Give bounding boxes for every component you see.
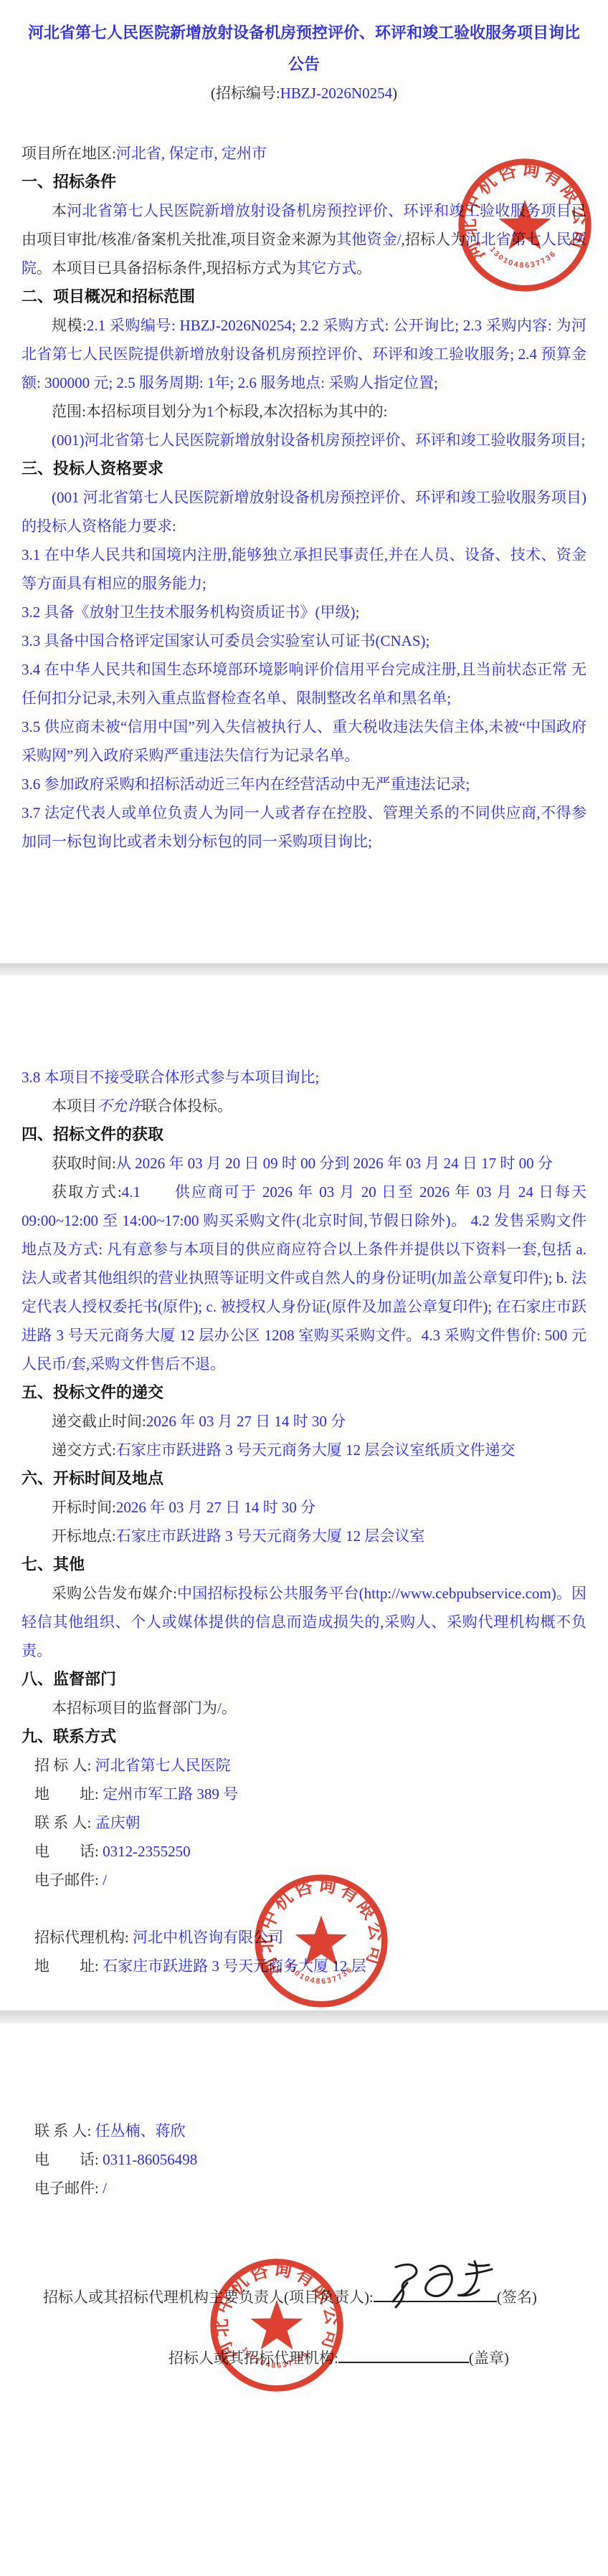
sec1-text: ,招标人为 [402,231,466,248]
qualification-item-3-8: 3.8 本项目不接受联合体形式参与本项目询比; [22,1063,586,1092]
qualification-item-3-5: 3.5 供应商未被“信用中国”列入失信被执行人、重大税收违法失信主体,未被“中国… [22,712,586,770]
announcement-media-paragraph: 采购公告发布媒介:中国招标投标公共服务平台(http://www.cebpubs… [22,1579,586,1665]
document-page-3: 联 系 人: 任丛楠、蒋欣 电 话: 0311-86056498 电子邮件: /… [0,2023,608,2576]
submit-deadline-value: 2026 年 03 月 27 日 14 时 30 分 [146,1413,346,1430]
document-page-1: 河北省第七人民医院新增放射设备机房预控评价、环评和竣工验收服务项目询比 公告 (… [0,0,608,963]
qualification-item-3-4: 3.4 在中华人民共和国生态环境部环境影响评价信用平台完成注册,且当前状态正常 … [22,655,586,712]
lot-001-line: (001)河北省第七人民医院新增放射设备机房预控评价、环评和竣工验收服务项目; [22,426,586,454]
tenderer-email-label: 电子邮件: [34,1871,99,1889]
qualification-item-3-1: 3.1 在中华人民共和国境内注册,能够独立承担民事责任,并在人员、设备、技术、资… [22,540,586,598]
page-title-line-1: 河北省第七人民医院新增放射设备机房预控评价、环评和竣工验收服务项目询比 [22,17,586,49]
tenderer-contact-value: 孟庆朝 [95,1814,141,1831]
section-3-heading: 三、投标人资格要求 [22,454,586,483]
tenderer-address-value: 定州市军工路 389 号 [103,1785,238,1803]
jv-text: 联合体投标。 [142,1097,232,1115]
agency-name-row: 招标代理机构: 河北中机咨询有限公司 [22,1923,586,1952]
agency-address-value: 石家庄市跃进路 3 号天元商务大厦 12 层 [103,1957,366,1975]
tender-ref-suffix: ) [392,85,397,102]
tenderer-email-row: 电子邮件: / [22,1866,586,1894]
sec1-text: 本 [52,202,67,219]
obtain-method-label: 获取方式: [52,1183,122,1201]
section-1-heading: 一、招标条件 [22,168,586,196]
seal-suffix: (盖章) [469,2350,509,2367]
section-6-heading: 六、开标时间及地点 [22,1464,586,1493]
agency-email-row: 电子邮件: / [22,2174,586,2203]
tenderer-name-value: 河北省第七人民医院 [95,1757,231,1774]
page-separator [0,2010,608,2023]
section-2-range-paragraph: 范围:本招标项目划分为1个标段,本次招标为其中的: [22,397,586,426]
obtain-time-row: 获取时间:从 2026 年 03 月 20 日 09 时 00 分到 2026 … [22,1149,586,1178]
tenderer-contact-label: 联 系 人: [34,1814,91,1831]
leader-signature-row: 招标人或其招标代理机构主要负责人(项目负责人):(签名) [22,2283,586,2312]
leader-signature-label: 招标人或其招标代理机构主要负责人(项目负责人): [43,2289,374,2306]
tenderer-contact-row: 联 系 人: 孟庆朝 [22,1808,586,1837]
opening-time-label: 开标时间: [52,1499,116,1516]
page-title-line-2: 公告 [22,49,586,80]
org-seal-label: 招标人或其招标代理机构: [168,2350,338,2367]
obtain-time-label: 获取时间: [52,1155,116,1172]
tenderer-phone-row: 电 话: 0312-2355250 [22,1837,586,1866]
signature-suffix: (签名) [497,2289,537,2306]
opening-place-label: 开标地点: [52,1527,116,1545]
qualification-item-3-3: 3.3 具备中国合格评定国家认可委员会实验室认可证书(CNAS); [22,626,586,655]
agency-phone-row: 电 话: 0311-86056498 [22,2145,586,2174]
agency-contact-label: 联 系 人: [34,2122,91,2139]
section-1-paragraph: 本河北省第七人民医院新增放射设备机房预控评价、环评和竣工验收服务项目已由项目审批… [22,196,586,282]
qualification-item-3-2: 3.2 具备《放射卫生技术服务机构资质证书》(甲级); [22,598,586,626]
section-2-heading: 二、项目概况和招标范围 [22,282,586,311]
opening-place-row: 开标地点:石家庄市跃进路 3 号天元商务大厦 12 层会议室 [22,1522,586,1550]
sec1-project-name: 河北省第七人民医院新增放射设备机房预控评价、环评和竣工验收服务项目 [67,202,571,219]
agency-address-label: 地 址: [34,1957,99,1975]
sec1-text: 。 [356,259,371,277]
jv-not-allowed: 不允许 [97,1097,142,1115]
obtain-method-paragraph: 获取方式:4.1 供应商可于 2026 年 03 月 20 日至 2026 年 … [22,1178,586,1378]
qualification-item-3-7: 3.7 法定代表人或单位负责人为同一人或者存在控股、管理关系的不同供应商,不得参… [22,798,586,856]
org-seal-row: 招标人或其招标代理机构:(盖章) [168,2344,586,2372]
supervision-text: 本招标项目的监督部门为 [52,1699,217,1717]
section-2-scale-paragraph: 规模:2.1 采购编号: HBZJ-2026N0254; 2.2 采购方式: 公… [22,311,586,397]
seal-underline [338,2349,469,2363]
sec1-text: 。本项目已具备招标条件,现招标方式为 [37,259,296,277]
tender-reference-line: (招标编号:HBZJ-2026N0254) [22,80,586,106]
opening-time-value: 2026 年 03 月 27 日 14 时 30 分 [116,1499,315,1516]
signature-underline [374,2288,497,2302]
obtain-time-value: 从 2026 年 03 月 20 日 09 时 00 分到 2026 年 03 … [116,1155,553,1172]
section-5-heading: 五、投标文件的递交 [22,1378,586,1407]
tenderer-address-label: 地 址: [34,1785,99,1803]
opening-place-value: 石家庄市跃进路 3 号天元商务大厦 12 层会议室 [116,1527,425,1545]
submit-method-row: 递交方式:石家庄市跃进路 3 号天元商务大厦 12 层会议室纸质文件递交 [22,1436,586,1464]
media-label: 采购公告发布媒介: [52,1585,177,1602]
tender-ref-prefix: (招标编号: [211,85,280,102]
page-separator [0,963,608,975]
tenderer-address-row: 地 址: 定州市军工路 389 号 [22,1780,586,1808]
agency-email-label: 电子邮件: [34,2180,99,2197]
document-page-2: 3.8 本项目不接受联合体形式参与本项目询比; 本项目不允许联合体投标。 四、招… [0,975,608,2010]
jv-text: 本项目 [52,1097,97,1115]
section-4-heading: 四、招标文件的获取 [22,1120,586,1149]
agency-email-value: / [103,2180,107,2197]
scale-label: 规模: [52,317,87,334]
project-region-value: 河北省, 保定市, 定州市 [116,145,267,162]
submit-deadline-label: 递交截止时间: [52,1413,146,1430]
project-region-row: 项目所在地区:河北省, 保定市, 定州市 [22,139,586,168]
section-9-heading: 九、联系方式 [22,1722,586,1751]
range-text: 本招标项目划分为 [86,403,206,420]
tenderer-phone-value: 0312-2355250 [103,1843,191,1860]
lot-count: 1 [206,403,214,420]
sec1-fund-source: 其他资金/ [336,231,401,248]
tenderer-name-row: 招 标 人: 河北省第七人民医院 [22,1751,586,1780]
tenderer-phone-label: 电 话: [34,1843,99,1860]
submit-method-value: 石家庄市跃进路 3 号天元商务大厦 12 层会议室纸质文件递交 [116,1441,516,1459]
supervision-row: 本招标项目的监督部门为/。 [22,1694,586,1722]
agency-name-value: 河北中机咨询有限公司 [133,1929,283,1946]
range-label: 范围: [52,403,86,420]
agency-phone-label: 电 话: [34,2151,99,2168]
agency-phone-value: 0311-86056498 [103,2151,197,2168]
agency-address-row: 地 址: 石家庄市跃进路 3 号天元商务大厦 12 层 [22,1952,586,1980]
title-block: 河北省第七人民医院新增放射设备机房预控评价、环评和竣工验收服务项目询比 公告 (… [22,0,586,106]
company-seal-stamp: 河北中机咨询有限公司1301048637736 [208,2256,346,2394]
range-text: 个标段,本次招标为其中的: [214,403,387,420]
project-region-label: 项目所在地区: [22,145,116,162]
qualification-item-3-6: 3.6 参加政府采购和招标活动近三年内在经营活动中无严重违法记录; [22,770,586,798]
qualification-intro: (001 河北省第七人民医院新增放射设备机房预控评价、环评和竣工验收服务项目)的… [22,483,586,540]
opening-time-row: 开标时间:2026 年 03 月 27 日 14 时 30 分 [22,1493,586,1522]
joint-venture-line: 本项目不允许联合体投标。 [22,1092,586,1120]
submit-deadline-row: 递交截止时间:2026 年 03 月 27 日 14 时 30 分 [22,1407,586,1436]
submit-method-label: 递交方式: [52,1441,116,1459]
section-7-heading: 七、其他 [22,1550,586,1579]
section-8-heading: 八、监督部门 [22,1665,586,1694]
agency-name-label: 招标代理机构: [34,1929,129,1946]
agency-contact-value: 任丛楠、蒋欣 [95,2122,186,2139]
scale-value: 2.1 采购编号: HBZJ-2026N0254; 2.2 采购方式: 公开询比… [22,317,586,391]
agency-contact-row: 联 系 人: 任丛楠、蒋欣 [22,2117,586,2145]
sec1-tender-method: 其它方式 [296,259,356,277]
supervision-text: 。 [222,1699,237,1717]
tender-ref-number: HBZJ-2026N0254 [280,85,392,102]
tenderer-name-label: 招 标 人: [34,1757,91,1774]
tenderer-email-value: / [103,1871,107,1889]
obtain-method-value: 4.1 供应商可于 2026 年 03 月 20 日至 2026 年 03 月 … [22,1183,586,1373]
